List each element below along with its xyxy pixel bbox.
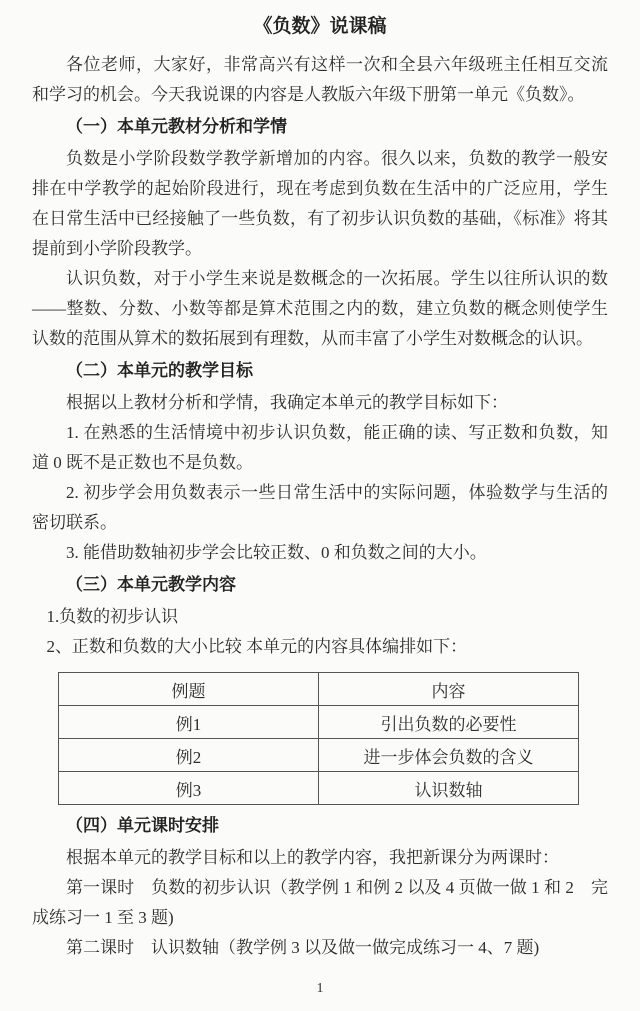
section-2-heading: （二）本单元的教学目标 xyxy=(32,356,608,386)
table-row: 例2 进一步体会负数的含义 xyxy=(59,739,579,772)
lesson-1-paragraph: 第一课时 负数的初步认识（教学例 1 和例 2 以及 4 页做一做 1 和 2 … xyxy=(32,873,608,933)
table-cell: 例2 xyxy=(59,739,319,772)
content-list-item-1: 1.负数的初步认识 xyxy=(32,602,608,632)
table-cell: 例1 xyxy=(59,706,319,739)
objective-item-1: 1. 在熟悉的生活情境中初步认识负数，能正确的读、写正数和负数，知道 0 既不是… xyxy=(32,418,608,478)
section-2-paragraph: 根据以上教材分析和学情，我确定本单元的教学目标如下： xyxy=(32,388,608,418)
objective-item-2: 2. 初步学会用负数表示一些日常生活中的实际问题，体验数学与生活的密切联系。 xyxy=(32,478,608,538)
table-header-cell: 例题 xyxy=(59,673,319,706)
section-4-heading: （四）单元课时安排 xyxy=(32,811,608,841)
table-cell: 进一步体会负数的含义 xyxy=(319,739,579,772)
section-1-heading: （一）本单元教材分析和学情 xyxy=(32,112,608,142)
table-header-cell: 内容 xyxy=(319,673,579,706)
section-1-paragraph: 认识负数，对于小学生来说是数概念的一次拓展。学生以往所认识的数——整数、分数、小… xyxy=(32,264,608,354)
lesson-2-paragraph: 第二课时 认识数轴（教学例 3 以及做一做完成练习一 4、7 题) xyxy=(32,933,608,963)
schedule-table: 例题 内容 例1 引出负数的必要性 例2 进一步体会负数的含义 例3 认识数轴 xyxy=(58,672,579,805)
page-number: 1 xyxy=(32,979,608,999)
section-1-paragraph: 负数是小学阶段数学教学新增加的内容。很久以来，负数的教学一般安排在中学教学的起始… xyxy=(32,144,608,264)
section-4-paragraph: 根据本单元的教学目标和以上的教学内容，我把新课分为两课时： xyxy=(32,843,608,873)
table-row: 例1 引出负数的必要性 xyxy=(59,706,579,739)
objective-item-3: 3. 能借助数轴初步学会比较正数、0 和负数之间的大小。 xyxy=(32,538,608,568)
intro-paragraph: 各位老师，大家好，非常高兴有这样一次和全县六年级班主任相互交流和学习的机会。今天… xyxy=(32,50,608,110)
table-row: 例3 认识数轴 xyxy=(59,772,579,805)
table-header-row: 例题 内容 xyxy=(59,673,579,706)
table-cell: 认识数轴 xyxy=(319,772,579,805)
table-cell: 例3 xyxy=(59,772,319,805)
content-list-item-2: 2、正数和负数的大小比较 本单元的内容具体编排如下： xyxy=(32,632,608,662)
document-page: 《负数》说课稿 各位老师，大家好，非常高兴有这样一次和全县六年级班主任相互交流和… xyxy=(0,0,640,1011)
section-3-heading: （三）本单元教学内容 xyxy=(32,570,608,600)
doc-title: 《负数》说课稿 xyxy=(32,12,608,42)
table-cell: 引出负数的必要性 xyxy=(319,706,579,739)
